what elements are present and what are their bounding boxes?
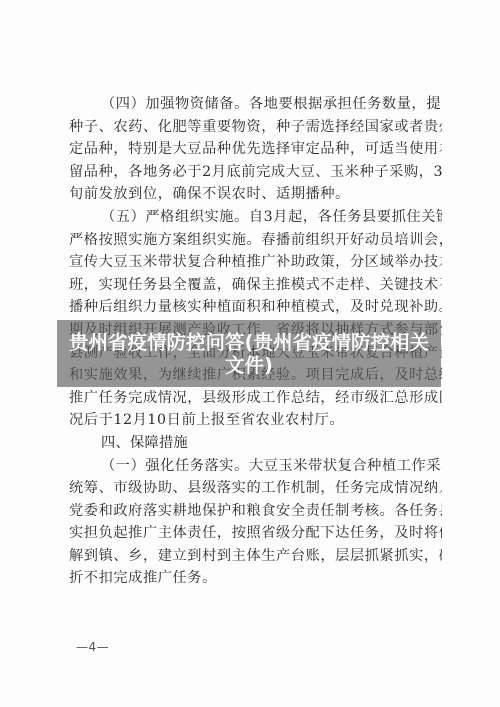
- text-line: 解到镇、乡，建立到村到主体生产台账，层层抓紧抓实，确保不: [69, 545, 442, 568]
- text-line: 严格按照实施方案组织实施。春播前组织开好动员培训会，积极: [69, 229, 442, 252]
- text-line: 班，实现任务县全覆盖，确保主推模式不走样、关键技术不走形。: [69, 274, 442, 297]
- text-line: 况后于12月10日前上报至省农业农村厅。: [69, 409, 442, 432]
- text-line: 实担负起推广主体责任，按照省级分配下达任务，及时将任务分: [69, 522, 442, 545]
- banner-title: 贵州省疫情防控问答(贵州省疫情防控相关文件): [64, 331, 434, 377]
- text-line: （一）强化任务落实。大豆玉米带状复合种植工作采取省级: [69, 455, 442, 478]
- title-banner-overlay: 贵州省疫情防控问答(贵州省疫情防控相关文件): [57, 320, 441, 387]
- text-line: 折不扣完成推广任务。: [69, 567, 442, 590]
- page-number: —4—: [76, 640, 109, 654]
- text-line: 定品种，特别是大豆品种优先选择审定品种，可适当使用本地自: [69, 138, 442, 161]
- text-line: 统筹、市级协助、县级落实的工作机制，任务完成情况纳入地方: [69, 477, 442, 500]
- document-page: （四）加强物资储备。各地要根据承担任务数量，提前准备 种子、农药、化肥等重要物资…: [0, 0, 500, 707]
- text-line: （四）加强物资储备。各地要根据承担任务数量，提前准备: [69, 93, 442, 116]
- text-line: 留品种，各地务必于2月底前完成大豆、玉米种子采购，3月中: [69, 161, 442, 184]
- text-line: （五）严格组织实施。自3月起，各任务县要抓住关键农时，: [69, 206, 442, 229]
- text-line: 旬前发放到位，确保不误农时、适期播种。: [69, 183, 442, 206]
- section-heading: 四、保障措施: [69, 432, 442, 455]
- text-line: 推广任务完成情况，县级形成工作总结，经市级汇总形成区域情: [69, 387, 442, 410]
- text-line: 宣传大豆玉米带状复合种植推广补助政策，分区域举办技术培训: [69, 251, 442, 274]
- text-line: 党委和政府落实耕地保护和粮食安全责任制考核。各任务县要切: [69, 500, 442, 523]
- text-line: 种子、农药、化肥等重要物资，种子需选择经国家或者贵州省审: [69, 116, 442, 139]
- text-line: 播种后组织力量核实种植面积和种植模式，及时兑现补助。成熟: [69, 296, 442, 319]
